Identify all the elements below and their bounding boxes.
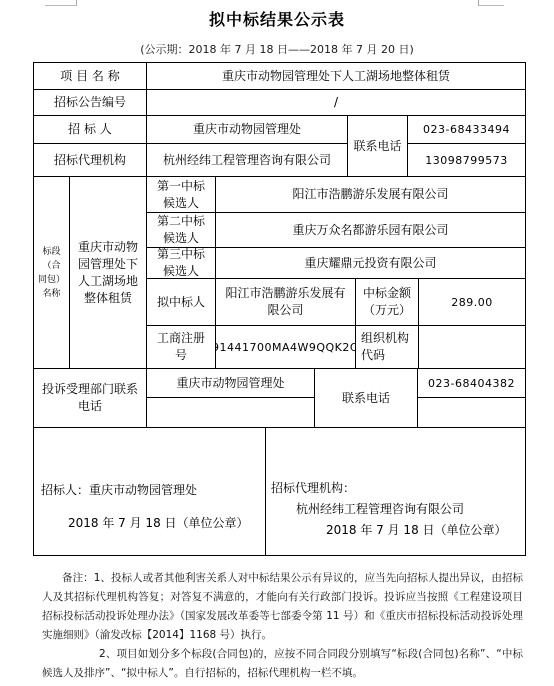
announcement-no-value: / xyxy=(147,90,526,116)
agency-phone: 13098799573 xyxy=(408,144,526,177)
signature-tenderer-line: 招标人：重庆市动物园管理处 xyxy=(34,480,249,501)
project-name-label: 项 目 名 称 xyxy=(34,63,147,90)
org-code-label-text: 组织机构代码 xyxy=(361,330,413,364)
agency-value: 杭州经纬工程管理咨询有限公司 xyxy=(147,144,348,177)
footnote-1: 备注：1、投标人或者其他利害关系人对中标结果公示有异议的，应当先向招标人提出异议… xyxy=(42,569,523,645)
candidate-1-name: 阳江市浩鹏游乐发展有限公司 xyxy=(216,177,526,213)
cropped-window-artifact-right xyxy=(478,0,504,6)
business-reg-label-text: 工商注册号 xyxy=(155,330,207,364)
tenderer-phone: 023-68433494 xyxy=(408,116,526,144)
footnotes: 备注：1、投标人或者其他利害关系人对中标结果公示有异议的，应当先向招标人提出异议… xyxy=(42,569,523,683)
proposed-winner-text: 阳江市浩鹏游乐发展有限公司 xyxy=(225,285,347,319)
contact-phone-label: 联系电话 xyxy=(348,116,408,177)
candidate-2-rank-label: 第二中标候选人 xyxy=(147,213,216,248)
complaint-phone-empty-cell xyxy=(418,398,526,428)
proposed-winner-label: 拟中标人 xyxy=(147,279,216,326)
candidate-3-name: 重庆耀鼎元投资有限公司 xyxy=(216,248,526,279)
section-label: 标段 （合 同包） 名称 xyxy=(34,177,70,369)
tenderer-label: 招 标 人 xyxy=(34,116,147,144)
org-code-label: 组织机构代码 xyxy=(356,326,419,369)
complaint-dept-empty-cell xyxy=(147,398,315,428)
candidate-1-rank-label: 第一中标候选人 xyxy=(147,177,216,213)
announcement-document: 拟中标结果公示表 (公示期：2018 年 7 月 18 日——2018 年 7 … xyxy=(0,0,554,686)
proposed-winner-name: 阳江市浩鹏游乐发展有限公司 xyxy=(216,279,356,326)
signature-agency-label: 招标代理机构： xyxy=(266,478,507,499)
complaint-phone-label: 联系电话 xyxy=(315,369,418,428)
signature-agency-date: 2018 年 7 月 18 日（单位公章） xyxy=(266,520,507,541)
org-code-value xyxy=(419,326,526,369)
announcement-no-label: 招标公告编号 xyxy=(34,90,147,116)
complaint-dept-value: 重庆市动物园管理处 xyxy=(147,369,315,398)
footnote-2: 2、项目如划分多个标段(合同包)的，应按不同合同段分别填写“标段(合同包)名称”… xyxy=(42,645,523,683)
signature-agency-cell: 招标代理机构： 杭州经纬工程管理咨询有限公司 2018 年 7 月 18 日（单… xyxy=(266,428,526,556)
candidate-1-rank-text: 第一中标候选人 xyxy=(155,178,207,212)
page-title: 拟中标结果公示表 xyxy=(0,7,554,30)
complaint-phone-value: 023-68404382 xyxy=(418,369,526,398)
section-name: 重庆市动物园管理处下人工湖场地整体租赁 xyxy=(70,177,147,369)
signature-tenderer-cell: 招标人：重庆市动物园管理处 2018 年 7 月 18 日（单位公章） xyxy=(34,428,266,556)
candidate-3-rank-label: 第三中标候选人 xyxy=(147,248,216,279)
publicity-period: (公示期：2018 年 7 月 18 日——2018 年 7 月 20 日) xyxy=(0,41,554,57)
business-reg-no: 91441700MA4W9QQK2Q xyxy=(216,326,356,369)
project-name-value: 重庆市动物园管理处下人工湖场地整体租赁 xyxy=(147,63,526,90)
agency-label: 招标代理机构 xyxy=(34,144,147,177)
bid-amount-value: 289.00 xyxy=(419,279,526,326)
candidate-3-rank-text: 第三中标候选人 xyxy=(155,248,207,279)
signature-agency-name: 杭州经纬工程管理咨询有限公司 xyxy=(266,499,507,520)
signature-tenderer-date: 2018 年 7 月 18 日（单位公章） xyxy=(34,513,249,534)
business-reg-label: 工商注册号 xyxy=(147,326,216,369)
bid-amount-label-text: 中标金额（万元） xyxy=(359,285,415,319)
candidate-2-name: 重庆万众名都游乐园有限公司 xyxy=(216,213,526,248)
bid-amount-label: 中标金额（万元） xyxy=(356,279,419,326)
cropped-window-artifact-left xyxy=(45,0,77,6)
tenderer-value: 重庆市动物园管理处 xyxy=(147,116,348,144)
candidate-2-rank-text: 第二中标候选人 xyxy=(155,213,207,247)
complaint-dept-label: 投诉受理部门联系电话 xyxy=(34,369,147,428)
result-table: 项 目 名 称 重庆市动物园管理处下人工湖场地整体租赁 招标公告编号 / 招 标… xyxy=(33,62,526,556)
